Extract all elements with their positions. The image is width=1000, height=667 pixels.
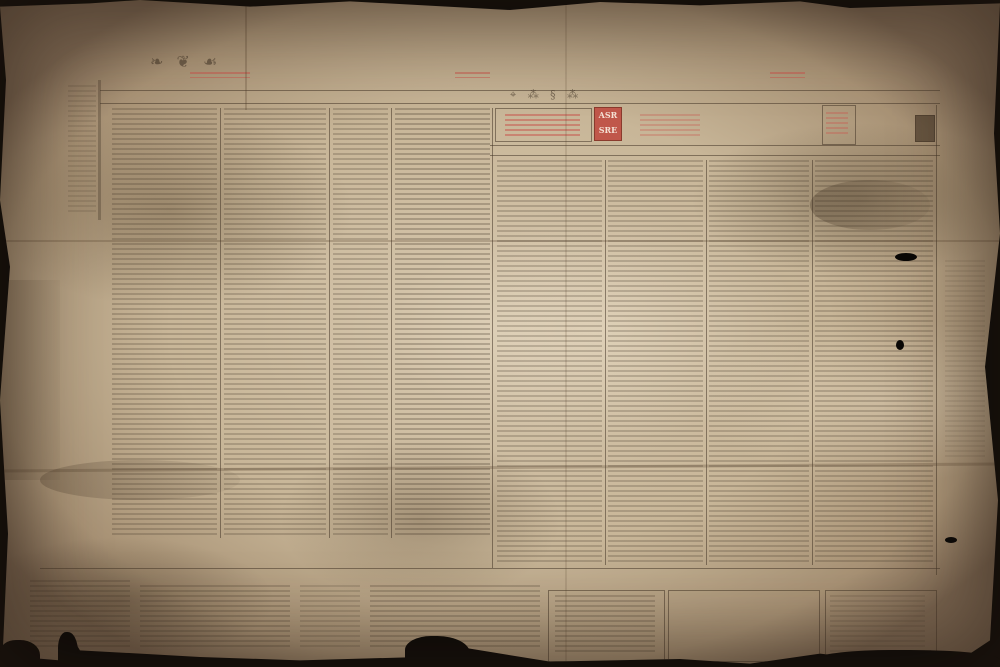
column-rule [391,108,392,538]
burn-hole [895,253,917,261]
header-glyphs: ⌖ ⁂ § ⁂ [510,88,582,102]
stain [810,180,930,230]
bottom-text-column [555,595,655,655]
bottom-text-column [140,585,290,650]
red-stamp: ASR SRE [594,107,622,141]
side-ornament-column [68,85,96,215]
text-column [709,160,809,565]
burned-edge [0,640,40,667]
column-rule [936,105,937,575]
crease [565,0,567,667]
column-rule [706,160,707,565]
bottom-box [668,590,820,662]
crease [0,240,1000,242]
bottom-text-column [830,595,925,655]
masthead-rule [490,155,940,156]
stain [0,280,60,480]
column-rule [605,160,606,565]
bottom-text-column [30,580,130,650]
masthead-rule [100,103,940,104]
red-header-text [640,114,700,136]
red-header-text [505,114,580,136]
masthead-red-text [770,72,805,78]
text-column [224,108,326,538]
masthead-red-text [455,72,490,78]
masthead-red-text [190,72,250,78]
text-column [945,260,985,460]
column-rule [329,108,330,538]
red-header-text [826,112,848,136]
column-rule [812,160,813,565]
burned-edge [820,650,1000,667]
text-column [395,108,490,538]
burned-edge [58,632,78,667]
bottom-text-column [300,585,360,650]
side-rule [98,80,101,220]
text-column [497,160,602,565]
text-column [333,108,388,538]
burn-hole [896,340,904,350]
masthead-ornaments: ❧ ❦ ☙ [150,52,221,71]
portrait-box [915,115,935,142]
crease [245,0,247,110]
stain [40,460,240,500]
burn-hole [945,537,957,543]
masthead-rule [490,145,940,146]
newspaper-sheet: ❧ ❦ ☙ ⌖ ⁂ § ⁂ ASR SRE [0,0,1000,667]
column-rule [492,108,493,568]
burned-edge [405,636,470,667]
text-column [608,160,703,565]
bottom-rule [40,568,940,569]
